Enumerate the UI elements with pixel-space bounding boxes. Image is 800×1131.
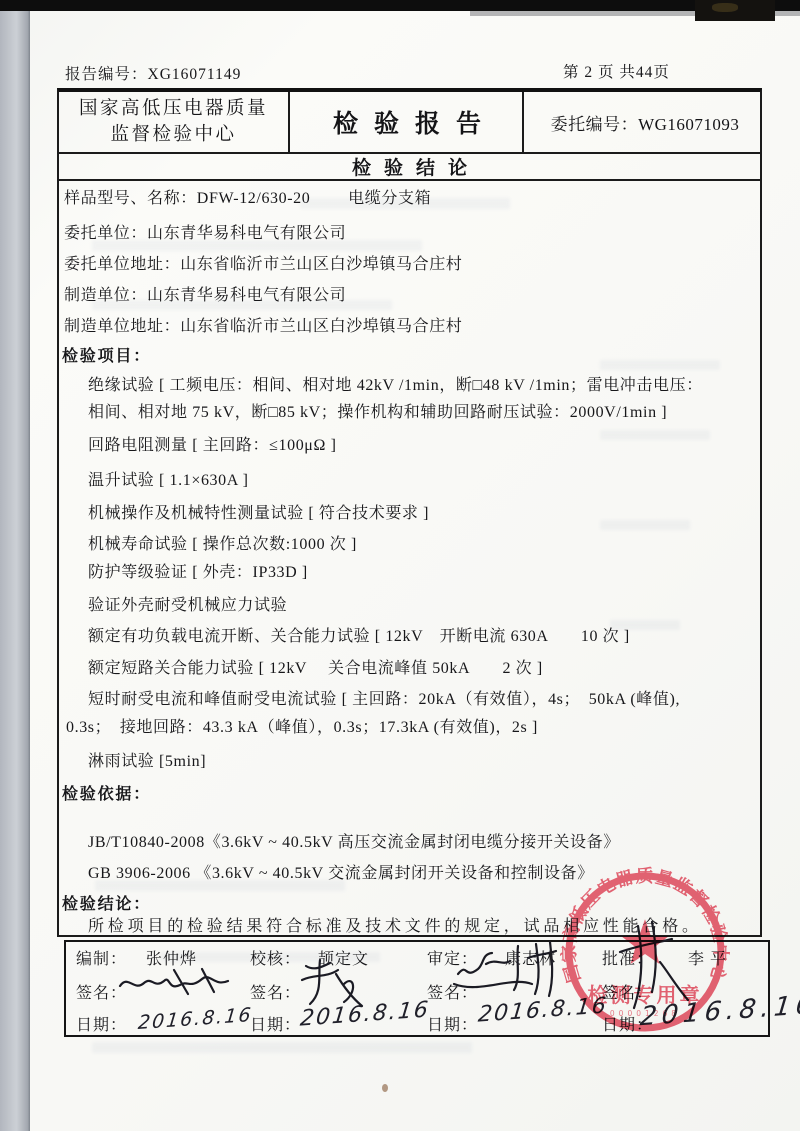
date-label: 日期：: [76, 1012, 127, 1035]
body-line: 短时耐受电流和峰值耐受电流试验 [ 主回路：20kA（有效值），4s； 50kA…: [88, 686, 680, 709]
signature-scribble: [116, 962, 246, 1004]
date-label: 日期：: [427, 1012, 478, 1035]
body-line: 机械寿命试验 [ 操作总次数:1000 次 ]: [88, 531, 357, 554]
body-line: 相间、相对地 75 kV，断□85 kV；操作机构和辅助回路耐压试验：2000V…: [88, 399, 667, 422]
bleed-through-artifact: [92, 1042, 472, 1053]
body-line: 委托单位：山东青华易科电气有限公司: [64, 220, 346, 243]
body-line: 淋雨试验 [5min]: [88, 748, 206, 771]
body-line: 机械操作及机械特性测量试验 [ 符合技术要求 ]: [88, 500, 429, 523]
report-title: 检验报告: [292, 92, 524, 152]
section-title-band: 检验结论: [57, 154, 762, 181]
body-line: 回路电阻测量 [ 主回路：≤100μΩ ]: [88, 432, 337, 455]
page-indicator: 第 2 页 共44页: [563, 60, 670, 82]
entrust-number: 委托编号：WG16071093: [526, 92, 764, 152]
body-heading: 检验结论：: [62, 891, 151, 914]
body-line: 验证外壳耐受机械应力试验: [88, 592, 287, 615]
body-heading: 检验项目：: [62, 343, 151, 366]
body-line: 绝缘试验 [ 工频电压：相间、相对地 42kV /1min，断□48 kV /1…: [88, 372, 703, 395]
issuing-org-cell: 国家高低压电器质量 监督检验中心: [59, 92, 290, 152]
body-line: 额定有功负载电流开断、关合能力试验 [ 12kV 开断电流 630A 10 次 …: [88, 623, 630, 646]
body-line: 样品型号、名称：DFW-12/630-20 电缆分支箱: [64, 185, 431, 208]
body-line: 0.3s； 接地回路：43.3 kA（峰值），0.3s；17.3kA (有效值)…: [66, 714, 538, 737]
report-header-table: 国家高低压电器质量 监督检验中心 检验报告 委托编号：WG16071093: [57, 88, 762, 154]
issuing-org-line2: 监督检验中心: [110, 122, 236, 148]
body-line: GB 3906-2006 《3.6kV ~ 40.5kV 交流金属封闭开关设备和…: [88, 860, 594, 883]
body-line: 额定短路关合能力试验 [ 12kV 关合电流峰值 50kA 2 次 ]: [88, 655, 543, 678]
stamp-serial: 00001268: [610, 1009, 680, 1018]
body-line: 委托单位地址：山东省临沂市兰山区白沙埠镇马合庄村: [64, 251, 462, 274]
signature-scribble: [292, 956, 372, 1018]
scan-top-bar: [0, 0, 800, 11]
body-line: 防护等级验证 [ 外壳：IP33D ]: [88, 559, 308, 582]
scanned-page: 报告编号：XG16071149 第 2 页 共44页 国家高低压电器质量 监督检…: [0, 0, 800, 1131]
body-line: 制造单位地址：山东省临沂市兰山区白沙埠镇马合庄村: [64, 313, 462, 336]
body-line: 制造单位：山东青华易科电气有限公司: [64, 282, 346, 305]
report-number-label: 报告编号：: [65, 66, 148, 83]
report-number-value: XG16071149: [148, 66, 242, 83]
body-heading: 检验依据：: [62, 781, 151, 804]
report-number: 报告编号：XG16071149: [65, 62, 241, 84]
scan-left-edge: [0, 0, 30, 1131]
paper-speck: [382, 1084, 388, 1092]
issuing-org-line1: 国家高低压电器质量: [79, 96, 268, 122]
stamp-star: [622, 919, 669, 964]
stamp-label: 检测专用章: [588, 983, 703, 1007]
official-stamp: 国家高低压电器质量监督检验中心 检测专用章 00001268: [525, 832, 765, 1072]
scan-top-speck: [712, 3, 738, 12]
body-line: 温升试验 [ 1.1×630A ]: [88, 467, 249, 490]
